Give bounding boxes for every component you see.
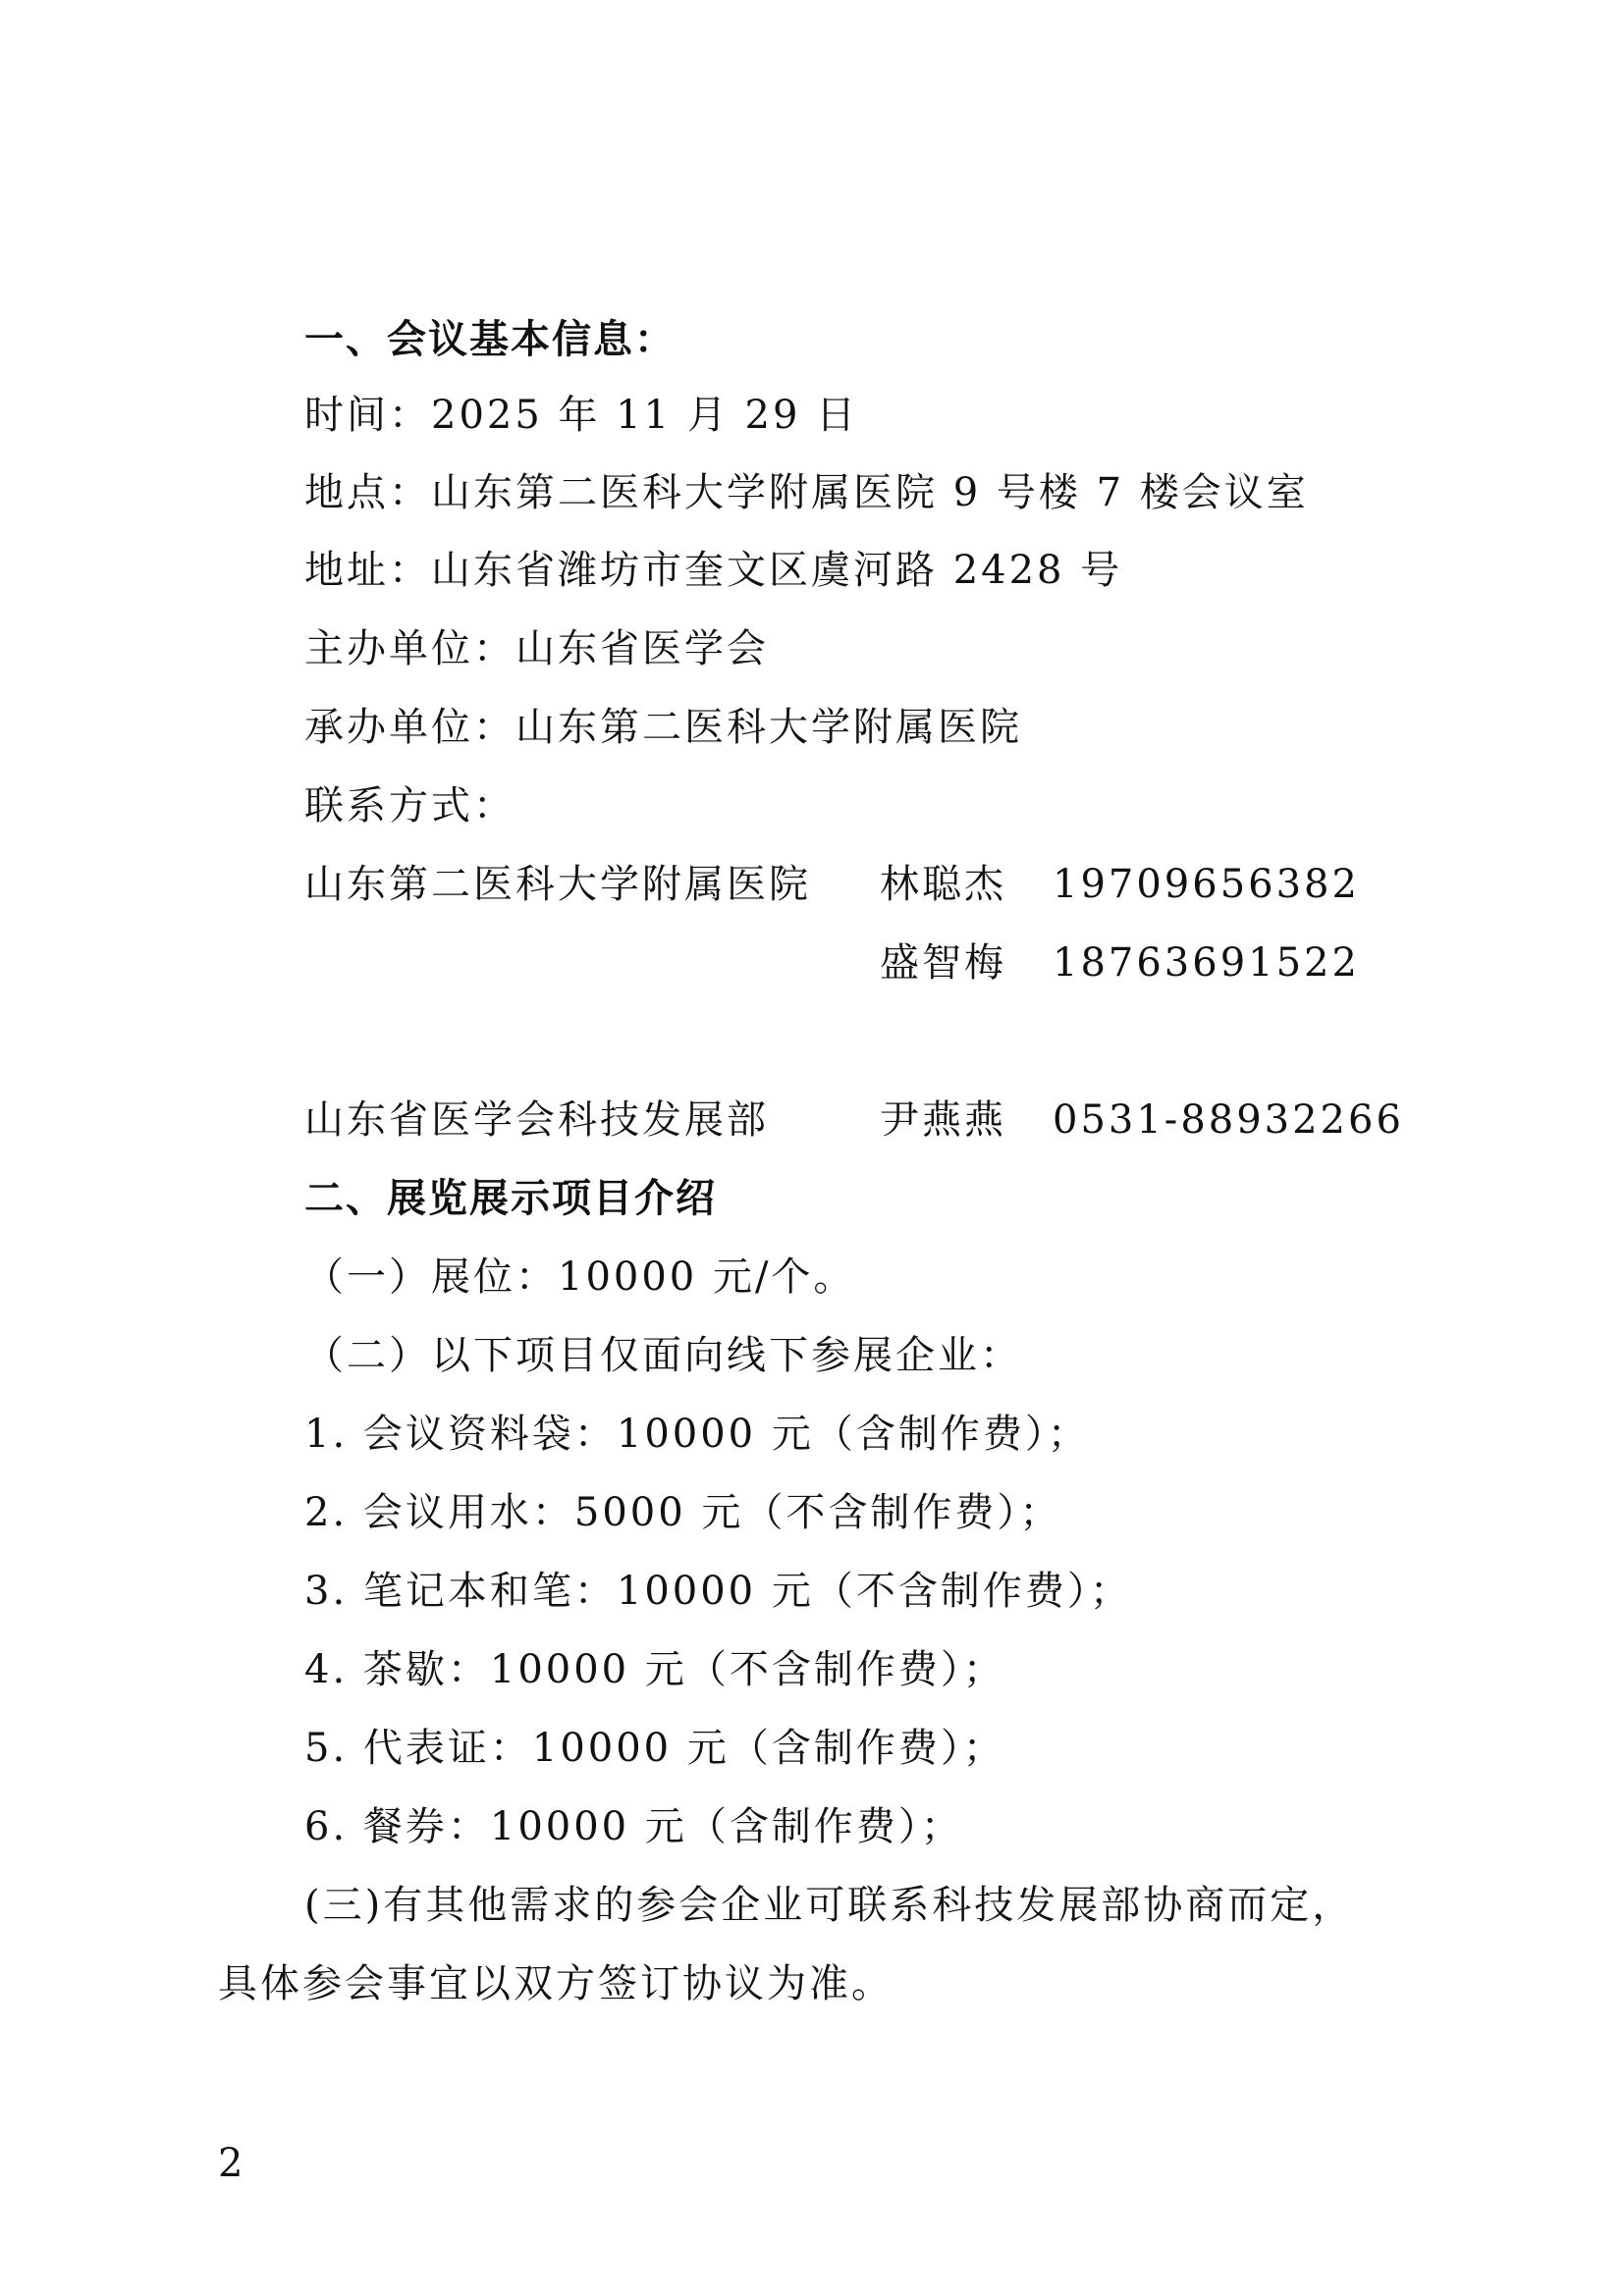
contact-name: 尹燕燕 (880, 1096, 1006, 1144)
sponsorship-item: 5. 代表证：10000 元（含制作费）； (304, 1725, 1005, 1772)
meeting-venue: 地点：山东第二医科大学附属医院 9 号楼 7 楼会议室 (304, 469, 1309, 516)
other-needs-paragraph-line1: (三)有其他需求的参会企业可联系科技发展部协商而定， (304, 1882, 1354, 1929)
sponsorship-item: 1. 会议资料袋：10000 元（含制作费）； (304, 1411, 1090, 1458)
contact-org: 山东第二医科大学附属医院 (304, 861, 811, 908)
page-number: 2 (218, 2140, 243, 2187)
contact-org: 山东省医学会科技发展部 (304, 1096, 769, 1144)
contact-phone: 19709656382 (1053, 861, 1360, 908)
section-heading-exhibition: 二、展览展示项目介绍 (304, 1175, 717, 1222)
meeting-address: 地址：山东省潍坊市奎文区虞河路 2428 号 (304, 547, 1122, 594)
host-unit: 主办单位：山东省医学会 (304, 625, 769, 672)
section-heading-meeting-info: 一、会议基本信息： (304, 316, 676, 363)
offline-items-intro: （二）以下项目仅面向线下参展企业： (304, 1332, 1022, 1379)
contact-label: 联系方式： (304, 782, 515, 829)
sponsorship-item: 2. 会议用水：5000 元（不含制作费）； (304, 1489, 1061, 1536)
contact-phone: 0531-88932266 (1053, 1096, 1404, 1144)
sponsorship-item: 3. 笔记本和笔：10000 元（不含制作费）； (304, 1568, 1132, 1615)
other-needs-paragraph-line2: 具体参会事宜以双方签订协议为准。 (218, 1960, 893, 2007)
sponsorship-item: 6. 餐券：10000 元（含制作费）； (304, 1803, 963, 1850)
meeting-time: 时间：2025 年 11 月 29 日 (304, 392, 858, 439)
contact-phone: 18763691522 (1053, 939, 1360, 987)
organizer-unit: 承办单位：山东第二医科大学附属医院 (304, 704, 1022, 751)
booth-price: （一）展位：10000 元/个。 (304, 1254, 855, 1301)
contact-name: 林聪杰 (880, 861, 1006, 908)
contact-name: 盛智梅 (880, 939, 1006, 987)
sponsorship-item: 4. 茶歇：10000 元（不含制作费）； (304, 1646, 1005, 1693)
